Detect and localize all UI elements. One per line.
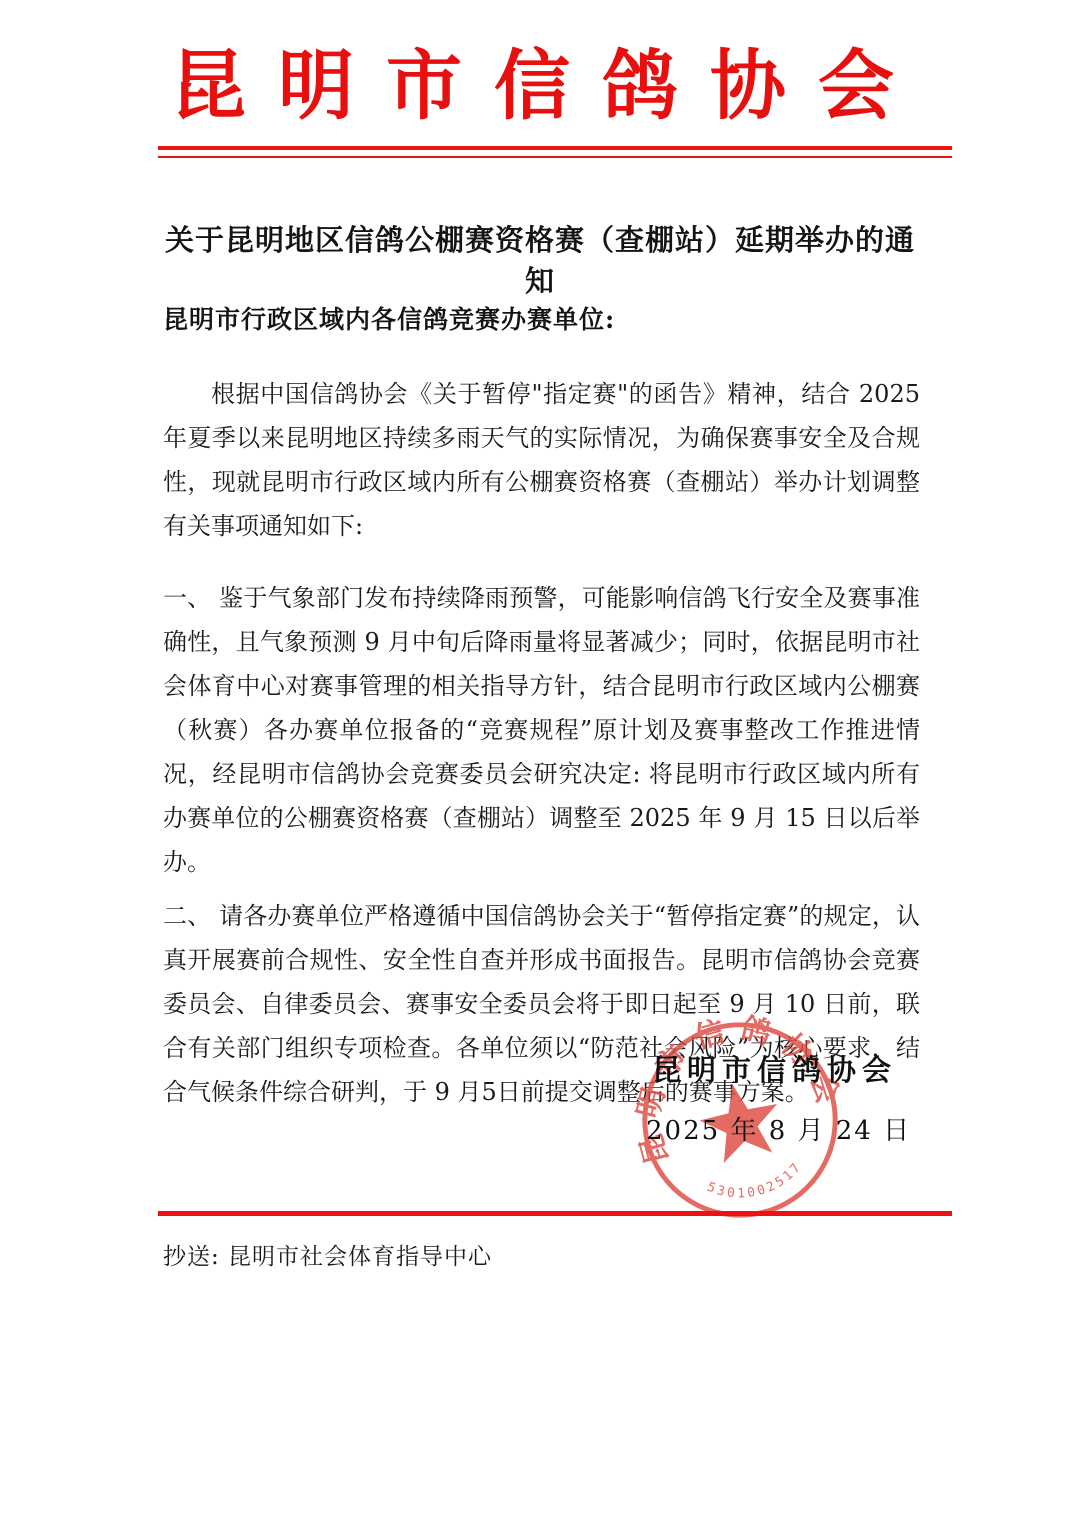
footer-rule: [158, 1211, 952, 1216]
letterhead-org-title: 昆明市信鸽协会: [170, 40, 930, 131]
signature-date: 2025 年 8 月 24 日: [646, 1110, 911, 1147]
addressee-line: 昆明市行政区域内各信鸽竞赛办赛单位:: [163, 300, 615, 336]
notice-document-page: 昆明市信鸽协会 关于昆明地区信鸽公棚赛资格赛（查棚站）延期举办的通知 昆明市行政…: [0, 0, 1080, 1527]
signature-org-name: 昆明市信鸽协会: [652, 1048, 897, 1089]
item-1-paragraph: 一、 鉴于气象部门发布持续降雨预警，可能影响信鸽飞行安全及赛事准确性，且气象预测…: [163, 576, 920, 884]
notice-title: 关于昆明地区信鸽公棚赛资格赛（查棚站）延期举办的通知: [160, 218, 920, 300]
letterhead-rule-thick: [158, 146, 952, 150]
letterhead-rule-thin: [158, 156, 952, 158]
intro-paragraph: 根据中国信鸽协会《关于暂停"指定赛"的函告》精神，结合 2025 年夏季以来昆明…: [163, 372, 920, 548]
cc-line: 抄送: 昆明市社会体育指导中心: [163, 1238, 492, 1271]
